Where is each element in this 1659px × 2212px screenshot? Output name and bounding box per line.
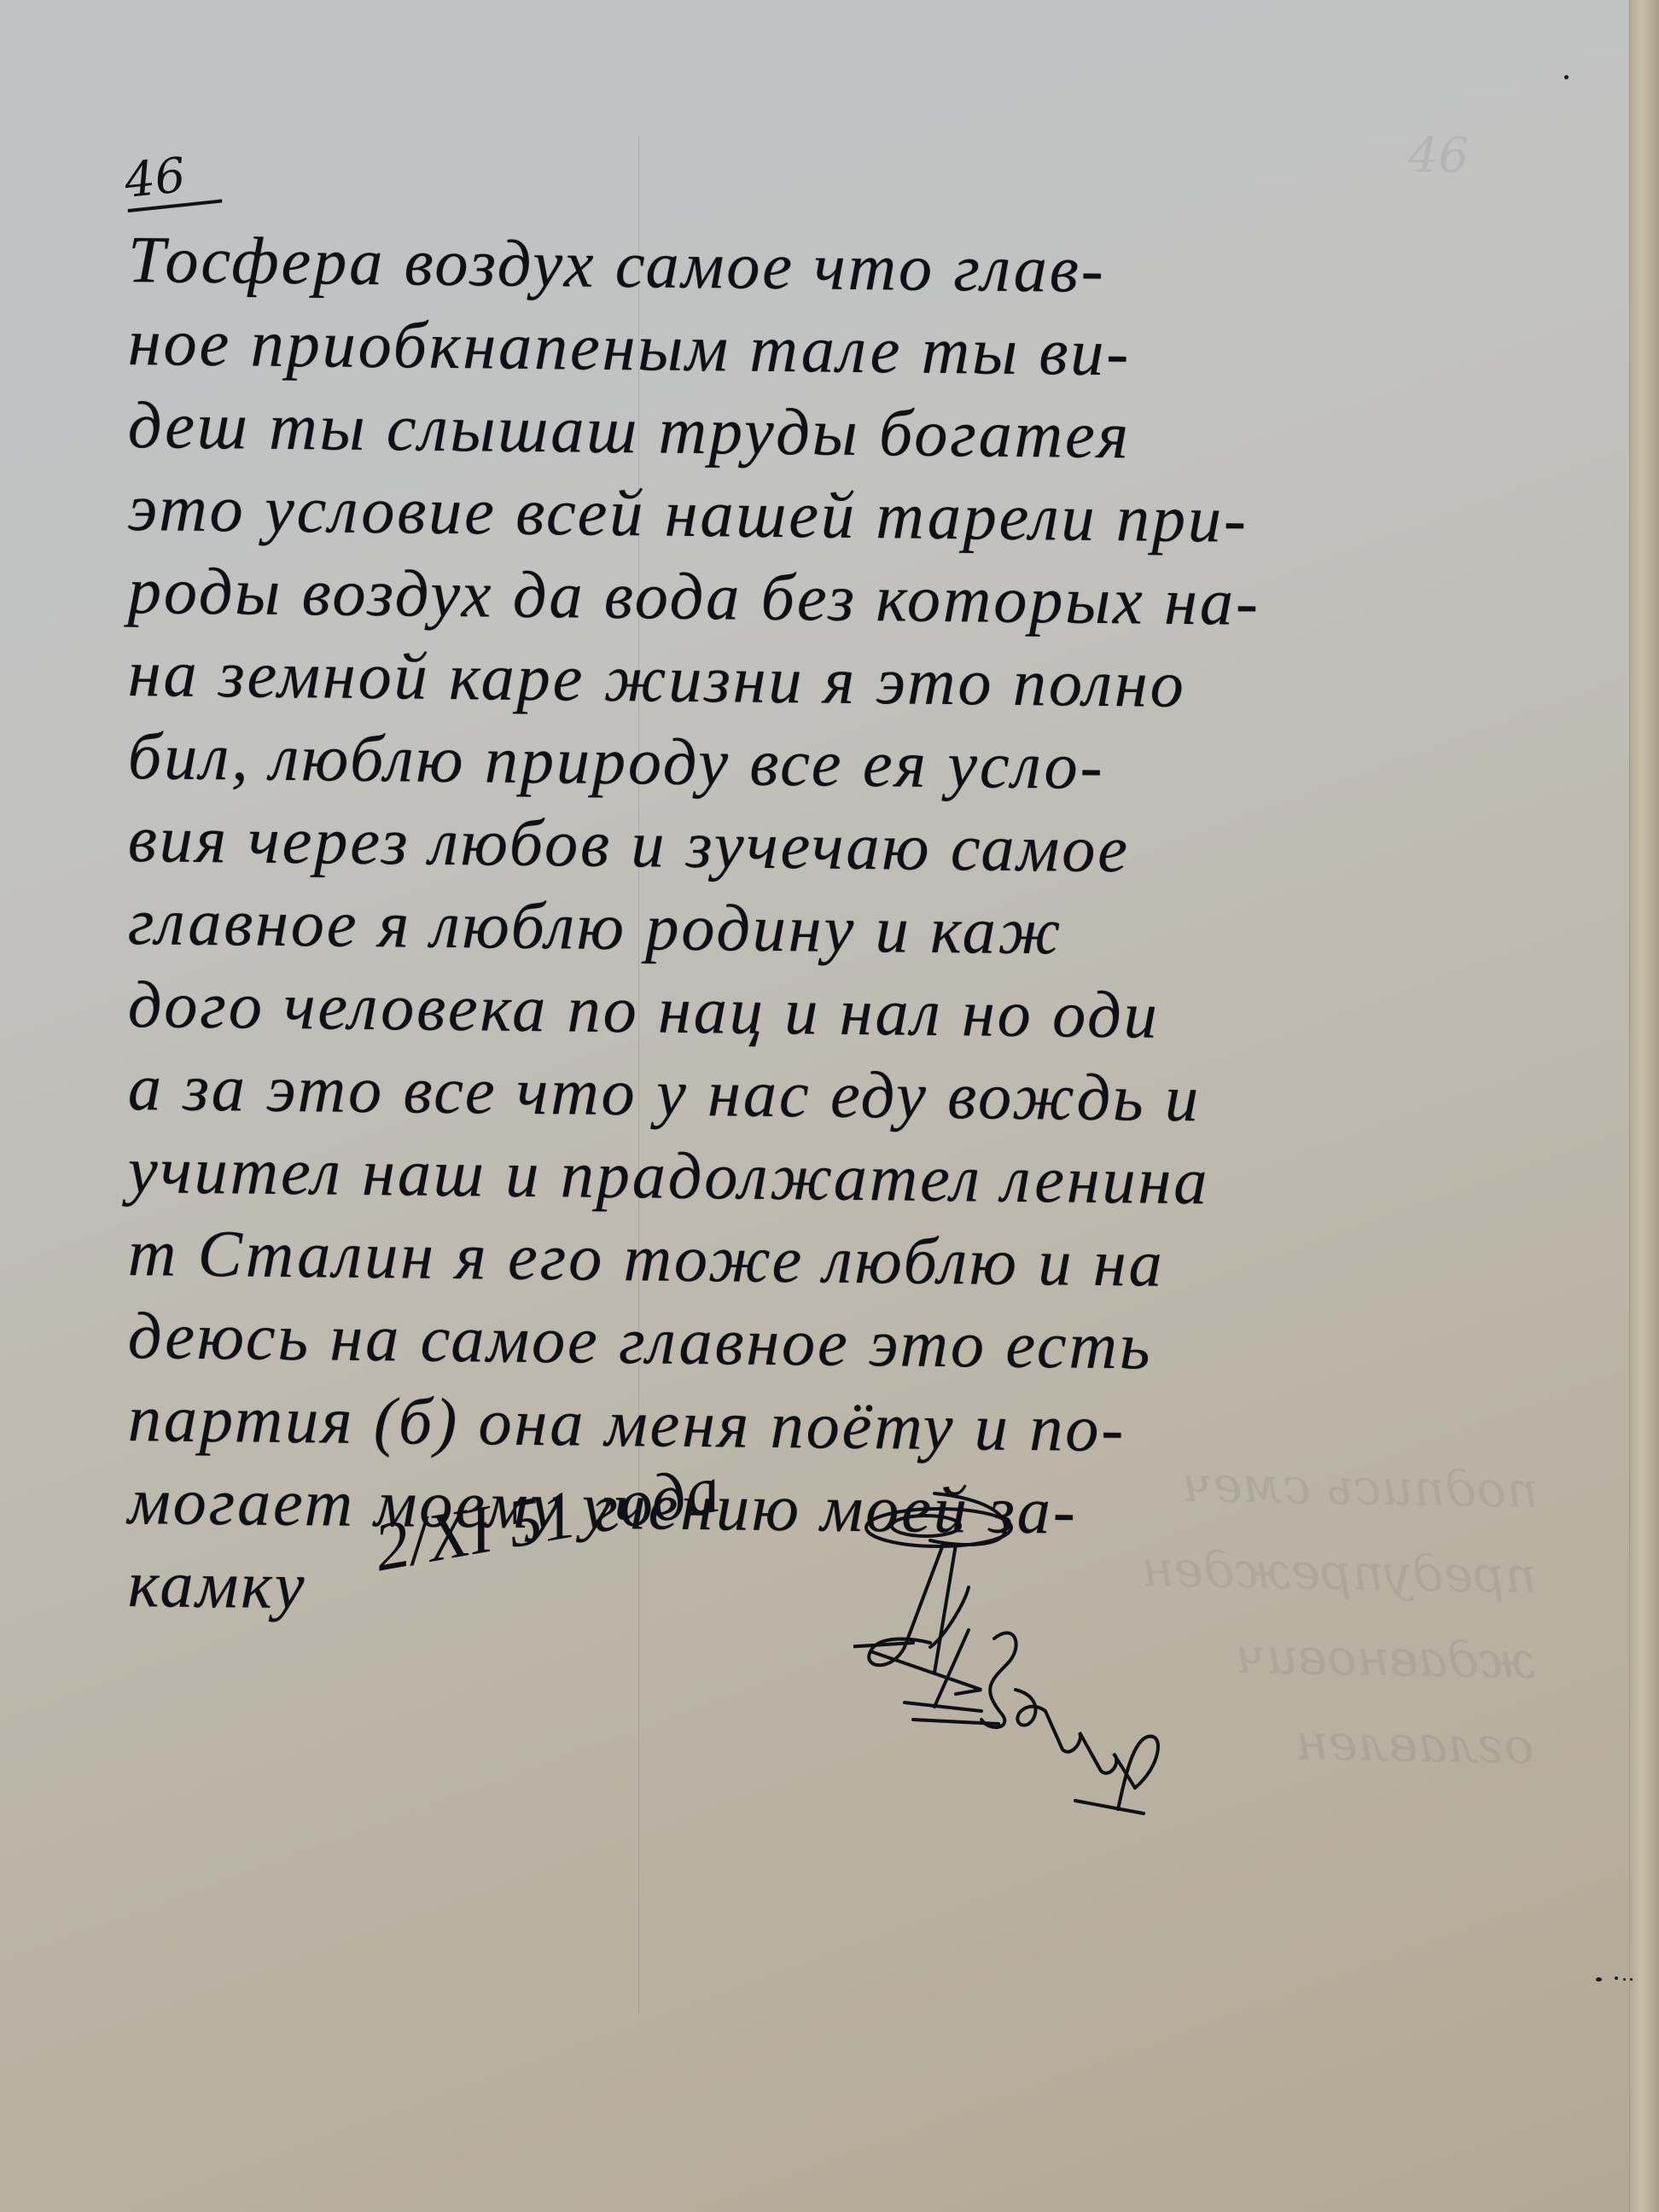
binding-edge bbox=[1629, 0, 1659, 2212]
text-line: деюсь на самое главное это есть bbox=[127, 1294, 1493, 1391]
ghost-page-number: 46 bbox=[1408, 128, 1469, 183]
ink-speck bbox=[1615, 1976, 1618, 1980]
page-number: 46 bbox=[122, 144, 223, 212]
text-line: вия через любов и зучечаю самое bbox=[127, 797, 1493, 894]
ink-speck bbox=[1623, 1978, 1626, 1981]
text-line: роды воздух да вода без которых на- bbox=[127, 549, 1493, 646]
text-line: это условие всей нашей тарели при- bbox=[127, 466, 1493, 563]
text-line: партия (б) она меня поёту и по- bbox=[127, 1377, 1493, 1474]
text-line: камку bbox=[127, 1542, 1493, 1639]
text-line: деш ты слышаш труды богатея bbox=[127, 383, 1493, 480]
text-line: учител наш и прадолжател ленина bbox=[127, 1128, 1493, 1225]
text-line: ное приобкнапеным тале ты ви- bbox=[127, 300, 1493, 398]
text-line: главное я люблю родину и каж bbox=[127, 880, 1493, 977]
text-line: на земной каре жизни я это полно bbox=[127, 632, 1493, 729]
text-line: бил, люблю природу все ея усло- bbox=[127, 714, 1493, 812]
text-line: а за это все что у нас еду вождь и bbox=[127, 1045, 1493, 1143]
handwritten-body: Тосфера воздух самое что глав- ное приоб… bbox=[128, 218, 1493, 1625]
text-line: дого человека по нац и нал но оди bbox=[127, 963, 1493, 1060]
ink-speck bbox=[1596, 1977, 1602, 1982]
text-line: Тосфера воздух самое что глав- bbox=[127, 218, 1493, 315]
text-line: могает моему учению моей за- bbox=[127, 1459, 1493, 1557]
text-line: т Сталин я его тоже люблю и на bbox=[127, 1211, 1493, 1308]
document-page: 46 подпись смеч предупрежден ждавнович о… bbox=[0, 0, 1659, 2212]
ink-speck bbox=[1564, 75, 1569, 79]
ink-speck bbox=[1630, 1978, 1633, 1981]
